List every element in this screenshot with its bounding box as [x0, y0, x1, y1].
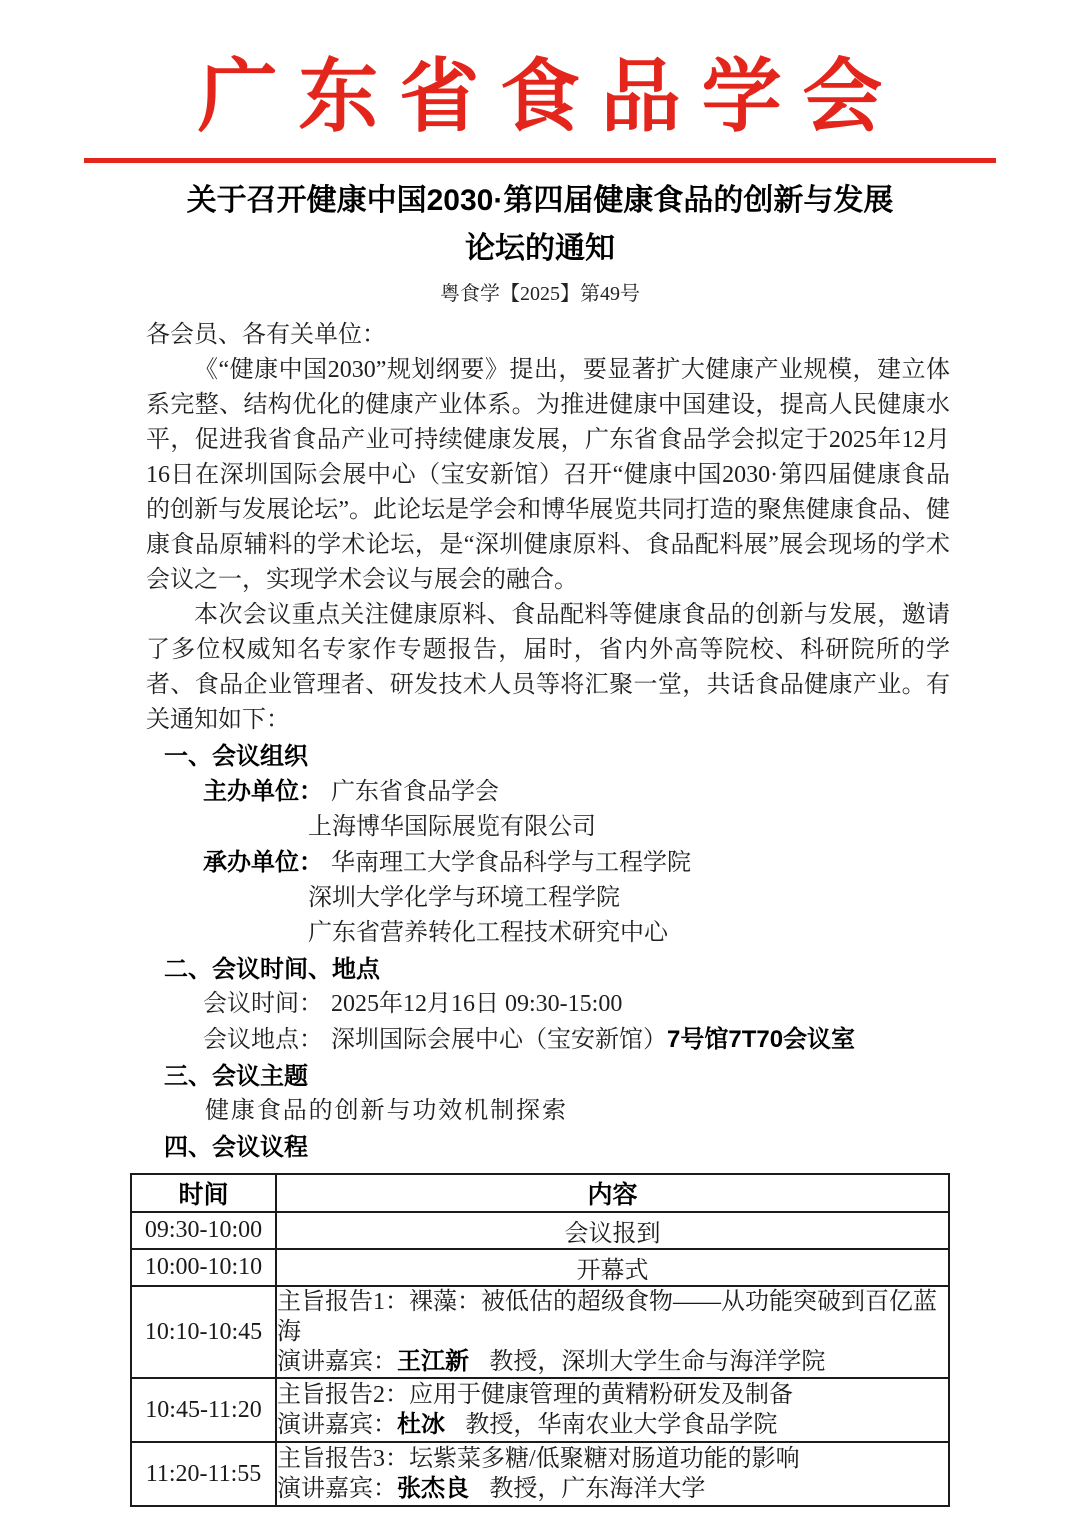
keynote-title: 主旨报告2：应用于健康管理的黄精粉研发及制备 — [277, 1380, 948, 1410]
meeting-venue-room: 7号馆7T70会议室 — [667, 1026, 855, 1053]
speaker-label: 演讲嘉宾： — [277, 1412, 397, 1438]
agenda-row-opening-ceremony: 10:00-10:10 开幕式 — [131, 1249, 949, 1286]
organizer-unit-label: 承办单位： — [203, 849, 323, 876]
meeting-time-label: 会议时间： — [203, 991, 323, 1017]
host-unit-value-2: 上海博华国际展览有限公司 — [308, 810, 950, 845]
notice-title-line-2: 论坛的通知 — [0, 225, 1080, 273]
meeting-time-value: 2025年12月16日 09:30-15:00 — [331, 991, 622, 1017]
meeting-venue-label: 会议地点： — [203, 1027, 323, 1053]
agenda-table-header-row: 时间 内容 — [131, 1174, 949, 1212]
agenda-time-cell: 09:30-10:00 — [131, 1212, 276, 1249]
organizer-unit-value-3: 广东省营养转化工程技术研究中心 — [308, 916, 950, 951]
agenda-column-header-content: 内容 — [276, 1174, 949, 1212]
organizer-unit-value-1: 华南理工大学食品科学与工程学院 — [331, 850, 691, 876]
agenda-content-cell: 开幕式 — [276, 1249, 949, 1286]
speaker-name: 杜冰 — [397, 1411, 445, 1438]
notice-document-page: 广东省食品学会 关于召开健康中国2030·第四届健康食品的创新与发展 论坛的通知… — [0, 0, 1080, 1527]
document-number: 粤食学【2025】第49号 — [0, 277, 1080, 306]
keynote-title: 主旨报告3：坛紫菜多糖/低聚糖对肠道功能的影响 — [277, 1444, 948, 1474]
notice-title-line-1: 关于召开健康中国2030·第四届健康食品的创新与发展 — [0, 177, 1080, 225]
speaker-name: 张杰良 — [397, 1475, 469, 1502]
agenda-row-registration: 09:30-10:00 会议报到 — [131, 1212, 949, 1249]
section-heading-theme: 三、会议主题 — [164, 1059, 950, 1094]
host-unit-value-1: 广东省食品学会 — [331, 779, 499, 805]
meeting-theme-text: 健康食品的创新与功效机制探索 — [205, 1094, 950, 1129]
letterhead-divider-rule — [84, 158, 996, 163]
agenda-time-cell: 10:00-10:10 — [131, 1249, 276, 1286]
agenda-time-cell: 10:10-10:45 — [131, 1286, 276, 1378]
organization-letterhead-title: 广东省食品学会 — [0, 0, 1080, 144]
speaker-name: 王江新 — [397, 1348, 469, 1375]
meeting-time-line: 会议时间：2025年12月16日 09:30-15:00 — [203, 987, 950, 1022]
notice-body: 各会员、各有关单位： 《“健康中国2030”规划纲要》提出，要显著扩大健康产业规… — [0, 318, 1080, 1165]
agenda-row-keynote-3: 11:20-11:55 主旨报告3：坛紫菜多糖/低聚糖对肠道功能的影响 演讲嘉宾… — [131, 1442, 949, 1506]
body-paragraph-1: 《“健康中国2030”规划纲要》提出，要显著扩大健康产业规模，建立体系完整、结构… — [146, 353, 950, 598]
organizer-unit-line: 承办单位：华南理工大学食品科学与工程学院 — [203, 845, 950, 881]
agenda-row-keynote-2: 10:45-11:20 主旨报告2：应用于健康管理的黄精粉研发及制备 演讲嘉宾：… — [131, 1378, 949, 1442]
host-unit-line: 主办单位：广东省食品学会 — [203, 774, 950, 810]
meeting-venue-line: 会议地点：深圳国际会展中心（宝安新馆）7号馆7T70会议室 — [203, 1022, 950, 1058]
speaker-label: 演讲嘉宾： — [277, 1349, 397, 1375]
speaker-affiliation: 教授，华南农业大学食品学院 — [465, 1412, 777, 1438]
notice-title: 关于召开健康中国2030·第四届健康食品的创新与发展 论坛的通知 — [0, 177, 1080, 273]
salutation: 各会员、各有关单位： — [146, 318, 950, 353]
keynote-speaker-line: 演讲嘉宾：王江新教授，深圳大学生命与海洋学院 — [277, 1347, 948, 1377]
agenda-table: 时间 内容 09:30-10:00 会议报到 10:00-10:10 开幕式 1… — [130, 1173, 950, 1507]
keynote-title: 主旨报告1：裸藻：被低估的超级食物——从功能突破到百亿蓝海 — [277, 1287, 948, 1347]
agenda-time-cell: 10:45-11:20 — [131, 1378, 276, 1442]
host-unit-label: 主办单位： — [203, 778, 323, 805]
organizer-unit-value-2: 深圳大学化学与环境工程学院 — [308, 881, 950, 916]
agenda-content-cell: 主旨报告3：坛紫菜多糖/低聚糖对肠道功能的影响 演讲嘉宾：张杰良教授，广东海洋大… — [276, 1442, 949, 1506]
agenda-column-header-time: 时间 — [131, 1174, 276, 1212]
agenda-content-cell: 会议报到 — [276, 1212, 949, 1249]
section-heading-organization: 一、会议组织 — [164, 739, 950, 774]
speaker-label: 演讲嘉宾： — [277, 1476, 397, 1502]
keynote-speaker-line: 演讲嘉宾：杜冰教授，华南农业大学食品学院 — [277, 1410, 948, 1440]
agenda-row-keynote-1: 10:10-10:45 主旨报告1：裸藻：被低估的超级食物——从功能突破到百亿蓝… — [131, 1286, 949, 1378]
agenda-content-cell: 主旨报告1：裸藻：被低估的超级食物——从功能突破到百亿蓝海 演讲嘉宾：王江新教授… — [276, 1286, 949, 1378]
speaker-affiliation: 教授，广东海洋大学 — [489, 1476, 705, 1502]
agenda-time-cell: 11:20-11:55 — [131, 1442, 276, 1506]
keynote-speaker-line: 演讲嘉宾：张杰良教授，广东海洋大学 — [277, 1474, 948, 1504]
section-heading-agenda: 四、会议议程 — [164, 1130, 950, 1165]
meeting-venue-value: 深圳国际会展中心（宝安新馆） — [331, 1027, 667, 1053]
body-paragraph-2: 本次会议重点关注健康原料、食品配料等健康食品的创新与发展，邀请了多位权威知名专家… — [146, 598, 950, 738]
agenda-content-cell: 主旨报告2：应用于健康管理的黄精粉研发及制备 演讲嘉宾：杜冰教授，华南农业大学食… — [276, 1378, 949, 1442]
section-heading-time-venue: 二、会议时间、地点 — [164, 952, 950, 987]
speaker-affiliation: 教授，深圳大学生命与海洋学院 — [489, 1349, 825, 1375]
